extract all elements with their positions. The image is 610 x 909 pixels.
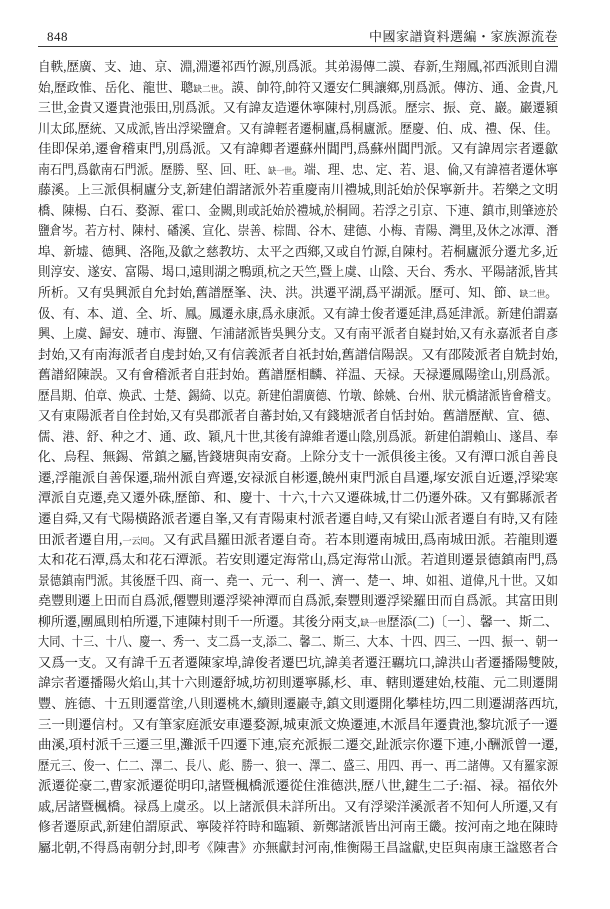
- small-inline-note: 一云囘: [122, 536, 149, 546]
- text-line: 堯豐則遷上田而自爲派,僊豐則遷浮梁神潭而自爲派,秦豐則遷浮梁羅田而自爲派。其富田…: [38, 591, 558, 612]
- text-segment: 景德鎮南門派。其後歷千四、商一、堯一、元一、利一、濟一、楚一、坤、如祖、道偉,凡…: [38, 573, 558, 588]
- text-segment: 太和花石潭,爲太和花石潭派。若安則遷定海常山,爲定海常山派。若道則遷景德鎮南門,…: [38, 552, 558, 567]
- text-line: 自軼,歷廣、支、迪、京、淵,淵遷祁西竹源,別爲派。其弟湯傳二謨、春新,生翔鳳,祁…: [38, 57, 558, 78]
- text-segment: 鹽倉岑。若方村、陳村、磻溪、宣化、崇善、棕閭、谷木、建德、小梅、青陽、灣里,及休…: [38, 223, 558, 238]
- text-segment: 。: [545, 285, 558, 300]
- text-segment: 興、上虞、歸安、璉市、海鹽、乍浦諸派皆吳興分支。又有南平派者自嶷封始,又有永嘉派…: [38, 326, 558, 341]
- text-line: 太和花石潭,爲太和花石潭派。若安則遷定海常山,爲定海常山派。若道則遷景德鎮南門,…: [38, 550, 558, 571]
- text-line: 南石門,爲歙南石門派。歷勝、堅、回、旺、缺一世。端、理、忠、定、若、退、倫,又有…: [38, 160, 558, 181]
- text-segment: 又有東陽派者自佺封始,又有吳郡派者自蕃封始,又有錢塘派者自恬封始。舊譜歷猷、宣、…: [38, 408, 558, 423]
- text-line: 修者遷原武,新建伯謂原武、寧陵祥符時和臨穎、新鄭諸派皆出河南王畿。按河南之地在陳…: [38, 817, 558, 838]
- text-line: 田派者遷自用,一云囘。又有武昌羅田派者遷自奇。若本則遷南城田,爲南城田派。若龍則…: [38, 530, 558, 551]
- text-line: 所析。又有吳興派自允封始,舊譜歷峯、決、洪。洪遷平湖,爲平湖派。歷可、知、節、缺…: [38, 283, 558, 304]
- text-line: 遷自舜,又有弋陽橫路派者遷自峯,又有青陽東村派者遷自峙,又有梁山派者遷自有時,又…: [38, 509, 558, 530]
- text-line: 川太邱,歷統、又成派,皆出浮梁鹽倉。又有諱輕者遷桐廬,爲桐廬派。歷慶、伯、成、禮…: [38, 119, 558, 140]
- text-line: 歷元三、俊一、仁二、澤二、長八、彪、勝一、狼一、澤二、盛三、用四、再一、再二諸傳…: [38, 756, 558, 777]
- text-segment: 封始,又有南海派者自虔封始,又有信義派者自祇封始,舊譜信陽誤。又有邵陵派者自兟封…: [38, 347, 558, 362]
- text-line: 三世,金貴又遷貴池張田,別爲派。又有諱友造遷休寧陳村,別爲派。歷宗、振、竟、巖。…: [38, 98, 558, 119]
- small-inline-note: 缺一世: [360, 618, 386, 628]
- text-segment: 南石門,爲歙南石門派。歷勝、堅、回、旺、: [38, 162, 268, 177]
- text-line: 曲溪,項村派千三遷三里,灘派千四遷下連,宸充派振二遷交,趾派宗你遷下連,小酬派曾…: [38, 735, 558, 756]
- text-line: 三一則遷信村。又有筆家庭派安車遷婺源,城東派文焕遷連,木派昌年遷貴池,黎坑派子一…: [38, 715, 558, 736]
- text-line: 景德鎮南門派。其後歷千四、商一、堯一、元一、利一、濟一、楚一、坤、如祖、道偉,凡…: [38, 571, 558, 592]
- text-segment: 則淳安、遂安、富陽、堨口,遠則湖之鴨頭,杭之天竺,暨上虞、山陰、天台、秀水、平陽…: [38, 264, 558, 279]
- text-line: 又爲一支。又有諱千五者遷陳家埠,諱俊者遷巴坑,諱美者遷汪覊坑口,諱洪山者遷播陽雙…: [38, 653, 558, 674]
- header-rule: [38, 46, 558, 47]
- text-segment: 所析。又有吳興派自允封始,舊譜歷峯、決、洪。洪遷平湖,爲平湖派。歷可、知、節、: [38, 285, 519, 300]
- text-line: 舊譜紹陳誤。又有會稽派者自莊封始。舊譜歷相麟、祥温、天禄。天禄遷鳳陽塗山,別爲派…: [38, 365, 558, 386]
- text-segment: 三一則遷信村。又有筆家庭派安車遷婺源,城東派文焕遷連,木派昌年遷貴池,黎坑派子一…: [38, 717, 558, 732]
- text-segment: 潭派自克遷,堯又遷外硃,歷節、和、慶十、十六,十六又遷硃城,廿二仍遷外硃。又有鄞…: [38, 490, 558, 505]
- text-segment: 化、烏程、無錫、常鎮之屬,皆錢塘與南安裔。上除分支十一派俱後主後。又有潭口派自善…: [38, 449, 558, 464]
- text-segment: 舊譜紹陳誤。又有會稽派者自莊封始。舊譜歷相麟、祥温、天禄。天禄遷鳳陽塗山,別爲派…: [38, 367, 558, 382]
- text-line: 儒、港、舒、种之才、通、政、穎,凡十世,其後有諱維者遷山陰,別爲派。新建伯謂賴山…: [38, 427, 558, 448]
- text-segment: 佳即保弟,遷會稽東門,別爲派。又有諱卿者遷蘇州閶門,爲蘇州閶門派。又有諱周宗者遷…: [38, 141, 558, 156]
- text-segment: 。端、理、忠、定、若、退、倫,又有諱禧者遷休寧: [292, 162, 558, 177]
- text-segment: 始,歷政惟、岳化、龍世、聰: [38, 80, 193, 95]
- text-segment: 遷,浮龍派自善保遷,瑞州派自齊遷,安禄派自彬遷,饒州東門派自昌遷,塚安派自近遷,…: [38, 470, 558, 485]
- text-segment: 修者遷原武,新建伯謂原武、寧陵祥符時和臨穎、新鄭諸派皆出河南王畿。按河南之地在陳…: [38, 819, 558, 834]
- header-title: 中國家譜資料選編・家族源流卷: [369, 26, 558, 45]
- text-line: 興、上虞、歸安、璉市、海鹽、乍浦諸派皆吳興分支。又有南平派者自嶷封始,又有永嘉派…: [38, 324, 558, 345]
- text-line: 潭派自克遷,堯又遷外硃,歷節、和、慶十、十六,十六又遷硃城,廿二仍遷外硃。又有鄞…: [38, 488, 558, 509]
- text-segment: 埠、新墟、德興、洛陁,及歙之慈教坊、太平之西鄉,又或自竹源,自陳村。若桐廬派分遷…: [38, 244, 558, 259]
- text-segment: 大同、十三、十八、慶一、秀一、支二爲一支,添二、馨二、斯三、大本、十四、四三、一…: [38, 634, 558, 649]
- text-segment: 屬北朝,不得爲南朝分封,即考《陳書》亦無獻封河南,惟衡陽王昌諡獻,史臣與南康王諡…: [38, 840, 558, 855]
- small-inline-note: 缺二世: [519, 289, 545, 299]
- body-text: 自軼,歷廣、支、迪、京、淵,淵遷祁西竹源,別爲派。其弟湯傳二謨、春新,生翔鳳,祁…: [38, 57, 558, 858]
- text-segment: 橋、陳楊、白石、婺源、霍口、金闕,則或託始於禮城,於桐岡。若浮之引京、下連、鎮市…: [38, 203, 558, 218]
- text-segment: 藤溪。上三派俱桐廬分支,新建伯謂諸派外若重慶南川禮城,則託始於保寧新井。若樂之文…: [38, 182, 558, 197]
- text-line: 鹽倉岑。若方村、陳村、磻溪、宣化、崇善、棕閭、谷木、建德、小梅、青陽、灣里,及休…: [38, 221, 558, 242]
- text-line: 戚,居諸暨楓橋。禄爲上虞丞。以上諸派俱未詳所出。又有浮梁洋溪派者不知何人所遷,又…: [38, 797, 558, 818]
- text-segment: 田派者遷自用,: [38, 532, 122, 547]
- text-line: 諱宗者遷播陽火焰山,其十六則遷舒城,坊初則遷寧縣,杉、車、轄則遷建始,枝龍、元二…: [38, 673, 558, 694]
- text-segment: 諱宗者遷播陽火焰山,其十六則遷舒城,坊初則遷寧縣,杉、車、轄則遷建始,枝龍、元二…: [38, 675, 558, 690]
- text-line: 柳所遷,團風則柏所遷,下連陳村則千一所遷。其後分兩支,缺一世歷添(二)〔一〕、馨…: [38, 612, 558, 633]
- text-segment: 歷添(二)〔一〕、馨一、斯二、: [386, 614, 558, 629]
- page-header: 848 中國家譜資料選編・家族源流卷: [47, 26, 558, 45]
- text-segment: 柳所遷,團風則柏所遷,下連陳村則千一所遷。其後分兩支,: [38, 614, 360, 629]
- text-segment: 儒、港、舒、种之才、通、政、穎,凡十世,其後有諱維者遷山陰,別爲派。新建伯謂賴山…: [38, 429, 558, 444]
- text-segment: 伋、有、本、道、全、圻、鳳。鳳遷永康,爲永康派。又有諱士俊者遷延津,爲延津派。新…: [38, 306, 558, 321]
- text-line: 則淳安、遂安、富陽、堨口,遠則湖之鴨頭,杭之天竺,暨上虞、山陰、天台、秀水、平陽…: [38, 262, 558, 283]
- text-line: 埠、新墟、德興、洛陁,及歙之慈教坊、太平之西鄉,又或自竹源,自陳村。若桐廬派分遷…: [38, 242, 558, 263]
- text-line: 封始,又有南海派者自虔封始,又有信義派者自祇封始,舊譜信陽誤。又有邵陵派者自兟封…: [38, 345, 558, 366]
- text-line: 歷昌期、伯章、焕武、士楚、錫綺、以克。新建伯謂廣德、竹墩、餘姚、台州、狀元橋諸派…: [38, 386, 558, 407]
- text-segment: 又爲一支。又有諱千五者遷陳家埠,諱俊者遷巴坑,諱美者遷汪覊坑口,諱洪山者遷播陽雙…: [38, 655, 558, 670]
- text-segment: 堯豐則遷上田而自爲派,僊豐則遷浮梁神潭而自爲派,秦豐則遷浮梁羅田而自爲派。其富田…: [38, 593, 558, 608]
- text-line: 藤溪。上三派俱桐廬分支,新建伯謂諸派外若重慶南川禮城,則託始於保寧新井。若樂之文…: [38, 180, 558, 201]
- text-segment: 派遷從豪二,曹家派遷從明印,諸暨楓橋派遷從住淮德洪,歷八世,鍵生二子:福、禄。福…: [38, 778, 558, 793]
- small-inline-note: 缺二世: [193, 84, 218, 94]
- text-line: 化、烏程、無錫、常鎮之屬,皆錢塘與南安裔。上除分支十一派俱後主後。又有潭口派自善…: [38, 447, 558, 468]
- text-line: 又有東陽派者自佺封始,又有吳郡派者自蕃封始,又有錢塘派者自恬封始。舊譜歷猷、宣、…: [38, 406, 558, 427]
- text-line: 派遷從豪二,曹家派遷從明印,諸暨楓橋派遷從住淮德洪,歷八世,鍵生二子:福、禄。福…: [38, 776, 558, 797]
- text-segment: 歷元三、俊一、仁二、澤二、長八、彪、勝一、狼一、澤二、盛三、用四、再一、再二諸傳…: [38, 758, 558, 773]
- text-segment: 豐、旌德、十五則遷當塗,八則遷桃木,續則遷巖寺,鎮文則遷開化攀桂坊,四二則遷湖落…: [38, 696, 558, 711]
- text-line: 屬北朝,不得爲南朝分封,即考《陳書》亦無獻封河南,惟衡陽王昌諡獻,史臣與南康王諡…: [38, 838, 558, 859]
- book-page: 848 中國家譜資料選編・家族源流卷 自軼,歷廣、支、迪、京、淵,淵遷祁西竹源,…: [0, 0, 610, 909]
- small-inline-note: 缺一世: [268, 166, 292, 176]
- text-segment: 戚,居諸暨楓橋。禄爲上虞丞。以上諸派俱未詳所出。又有浮梁洋溪派者不知何人所遷,又…: [38, 799, 558, 814]
- page-number: 848: [47, 29, 68, 45]
- text-line: 遷,浮龍派自善保遷,瑞州派自齊遷,安禄派自彬遷,饒州東門派自昌遷,塚安派自近遷,…: [38, 468, 558, 489]
- text-line: 佳即保弟,遷會稽東門,別爲派。又有諱卿者遷蘇州閶門,爲蘇州閶門派。又有諱周宗者遷…: [38, 139, 558, 160]
- text-segment: 。又有武昌羅田派者遷自奇。若本則遷南城田,爲南城田派。若龍則遷: [149, 532, 558, 547]
- text-line: 豐、旌德、十五則遷當塗,八則遷桃木,續則遷巖寺,鎮文則遷開化攀桂坊,四二則遷湖落…: [38, 694, 558, 715]
- text-line: 橋、陳楊、白石、婺源、霍口、金闕,則或託始於禮城,於桐岡。若浮之引京、下連、鎮市…: [38, 201, 558, 222]
- text-segment: 。謨、帥符,帥符又遷安仁興讓鄉,別爲派。傳汸、通、金貴,凡: [219, 80, 558, 95]
- text-segment: 三世,金貴又遷貴池張田,別爲派。又有諱友造遷休寧陳村,別爲派。歷宗、振、竟、巖。…: [38, 100, 558, 115]
- text-segment: 曲溪,項村派千三遷三里,灘派千四遷下連,宸充派振二遷交,趾派宗你遷下連,小酬派曾…: [38, 737, 558, 752]
- text-segment: 遷自舜,又有弋陽橫路派者遷自峯,又有青陽東村派者遷自峙,又有梁山派者遷自有時,又…: [38, 511, 558, 526]
- text-segment: 川太邱,歷統、又成派,皆出浮梁鹽倉。又有諱輕者遷桐廬,爲桐廬派。歷慶、伯、成、禮…: [38, 121, 558, 136]
- text-line: 始,歷政惟、岳化、龍世、聰缺二世。謨、帥符,帥符又遷安仁興讓鄉,別爲派。傳汸、通…: [38, 78, 558, 99]
- text-segment: 歷昌期、伯章、焕武、士楚、錫綺、以克。新建伯謂廣德、竹墩、餘姚、台州、狀元橋諸派…: [38, 388, 558, 403]
- text-line: 伋、有、本、道、全、圻、鳳。鳳遷永康,爲永康派。又有諱士俊者遷延津,爲延津派。新…: [38, 304, 558, 325]
- text-segment: 自軼,歷廣、支、迪、京、淵,淵遷祁西竹源,別爲派。其弟湯傳二謨、春新,生翔鳳,祁…: [38, 59, 558, 74]
- text-line: 大同、十三、十八、慶一、秀一、支二爲一支,添二、馨二、斯三、大本、十四、四三、一…: [38, 632, 558, 653]
